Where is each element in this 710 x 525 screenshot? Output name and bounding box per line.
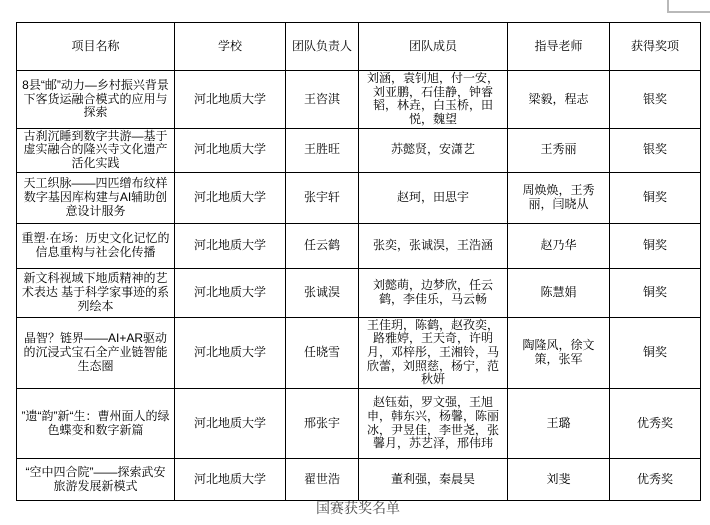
table-row: 晶智？链界——AI+AR驱动的沉浸式宝石全产业链智能生态圈河北地质大学任晓雪王佳… <box>17 317 701 388</box>
page: { "window": { "caption": "国赛获奖名单" }, "co… <box>0 0 710 525</box>
cell-members: 赵珂，田思宇 <box>359 172 508 223</box>
cell-leader: 翟世浩 <box>286 459 359 501</box>
column-header-award: 获得奖项 <box>610 23 701 71</box>
page-corner-fragment <box>667 0 710 13</box>
cell-members: 张奕，张诚淏，王浩涵 <box>359 223 508 268</box>
cell-project: 古刹沉睡到数字共游—基于虚实融合的隆兴寺文化遗产活化实践 <box>17 128 175 172</box>
cell-school: 河北地质大学 <box>175 389 286 459</box>
cell-project: 8县“邮”动力—乡村振兴背景下客货运融合模式的应用与探索 <box>17 71 175 129</box>
cell-school: 河北地质大学 <box>175 71 286 129</box>
cell-advisors: 赵乃华 <box>508 223 610 268</box>
cell-leader: 张诚淏 <box>286 268 359 317</box>
cell-advisors: 陈慧娟 <box>508 268 610 317</box>
cell-school: 河北地质大学 <box>175 317 286 388</box>
table-row: 新文科视域下地质精神的艺术表达 基于科学家事迹的系列绘本河北地质大学张诚淏刘懿萌… <box>17 268 701 317</box>
cell-award: 铜奖 <box>610 268 701 317</box>
cell-school: 河北地质大学 <box>175 172 286 223</box>
awards-table: 项目名称学校团队负责人团队成员指导老师获得奖项 8县“邮”动力—乡村振兴背景下客… <box>16 22 701 501</box>
cell-advisors: 刘斐 <box>508 459 610 501</box>
cell-advisors: 王璐 <box>508 389 610 459</box>
cell-advisors: 王秀丽 <box>508 128 610 172</box>
column-header-advisors: 指导老师 <box>508 23 610 71</box>
header-row: 项目名称学校团队负责人团队成员指导老师获得奖项 <box>17 23 701 71</box>
column-header-members: 团队成员 <box>359 23 508 71</box>
cell-leader: 任云鹤 <box>286 223 359 268</box>
cell-leader: 王咨淇 <box>286 71 359 129</box>
cell-project: 重塑·在场：历史文化记忆的 信息重构与社会化传播 <box>17 223 175 268</box>
cell-project: “空中四合院”——探索武安旅游发展新模式 <box>17 459 175 501</box>
cell-school: 河北地质大学 <box>175 459 286 501</box>
cell-school: 河北地质大学 <box>175 223 286 268</box>
table-row: 8县“邮”动力—乡村振兴背景下客货运融合模式的应用与探索河北地质大学王咨淇刘涵，… <box>17 71 701 129</box>
cell-award: 铜奖 <box>610 317 701 388</box>
cell-school: 河北地质大学 <box>175 128 286 172</box>
cell-leader: 王胜旺 <box>286 128 359 172</box>
cell-leader: 邢张宇 <box>286 389 359 459</box>
cell-project: 天工织脉——四匹缯布纹样数字基因库构建与AI辅助创意设计服务 <box>17 172 175 223</box>
column-header-leader: 团队负责人 <box>286 23 359 71</box>
cell-award: 优秀奖 <box>610 459 701 501</box>
cell-award: 优秀奖 <box>610 389 701 459</box>
cell-project: 新文科视域下地质精神的艺术表达 基于科学家事迹的系列绘本 <box>17 268 175 317</box>
cell-project: ”遗“韵”新“生：曹州面人的绿色蝶变和数字新篇 <box>17 389 175 459</box>
cell-award: 铜奖 <box>610 223 701 268</box>
cell-award: 银奖 <box>610 71 701 129</box>
column-header-school: 学校 <box>175 23 286 71</box>
cell-school: 河北地质大学 <box>175 268 286 317</box>
cell-project: 晶智？链界——AI+AR驱动的沉浸式宝石全产业链智能生态圈 <box>17 317 175 388</box>
cell-members: 苏懿贤，安潇艺 <box>359 128 508 172</box>
cell-award: 铜奖 <box>610 172 701 223</box>
awards-table-body: 8县“邮”动力—乡村振兴背景下客货运融合模式的应用与探索河北地质大学王咨淇刘涵，… <box>17 71 701 501</box>
table-row: 天工织脉——四匹缯布纹样数字基因库构建与AI辅助创意设计服务河北地质大学张宇轩赵… <box>17 172 701 223</box>
cell-leader: 张宇轩 <box>286 172 359 223</box>
table-row: “空中四合院”——探索武安旅游发展新模式河北地质大学翟世浩董利强，秦晨昊刘斐优秀… <box>17 459 701 501</box>
cell-members: 刘懿萌，边梦欣，任云鹤，李佳乐，马云畅 <box>359 268 508 317</box>
cell-leader: 任晓雪 <box>286 317 359 388</box>
cell-members: 董利强，秦晨昊 <box>359 459 508 501</box>
cell-advisors: 梁毅，程志 <box>508 71 610 129</box>
cell-members: 王佳玥，陈鹤，赵孜奕，路雅婷，王天奇，许明月，邓梓彤，王湘铃，马欣蕾，刘照慈，杨… <box>359 317 508 388</box>
awards-table-header: 项目名称学校团队负责人团队成员指导老师获得奖项 <box>17 23 701 71</box>
cell-members: 赵钰茹，罗文强，王旭申，韩东兴，杨馨，陈丽冰，尹昱佳，李世尧，张馨月，苏艺泽，邢… <box>359 389 508 459</box>
table-caption: 国赛获奖名单 <box>16 498 700 518</box>
cell-advisors: 周焕焕，王秀丽，闫晓从 <box>508 172 610 223</box>
table-row: 古刹沉睡到数字共游—基于虚实融合的隆兴寺文化遗产活化实践河北地质大学王胜旺苏懿贤… <box>17 128 701 172</box>
cell-award: 银奖 <box>610 128 701 172</box>
table-row: ”遗“韵”新“生：曹州面人的绿色蝶变和数字新篇河北地质大学邢张宇赵钰茹，罗文强，… <box>17 389 701 459</box>
cell-advisors: 陶隆风，徐文策，张军 <box>508 317 610 388</box>
cell-members: 刘涵，袁钊旭，付一安，刘亚鹏，石佳静，钟睿韬，林垚，白玉桥，田悦，魏望 <box>359 71 508 129</box>
table-row: 重塑·在场：历史文化记忆的 信息重构与社会化传播河北地质大学任云鹤张奕，张诚淏，… <box>17 223 701 268</box>
column-header-project: 项目名称 <box>17 23 175 71</box>
